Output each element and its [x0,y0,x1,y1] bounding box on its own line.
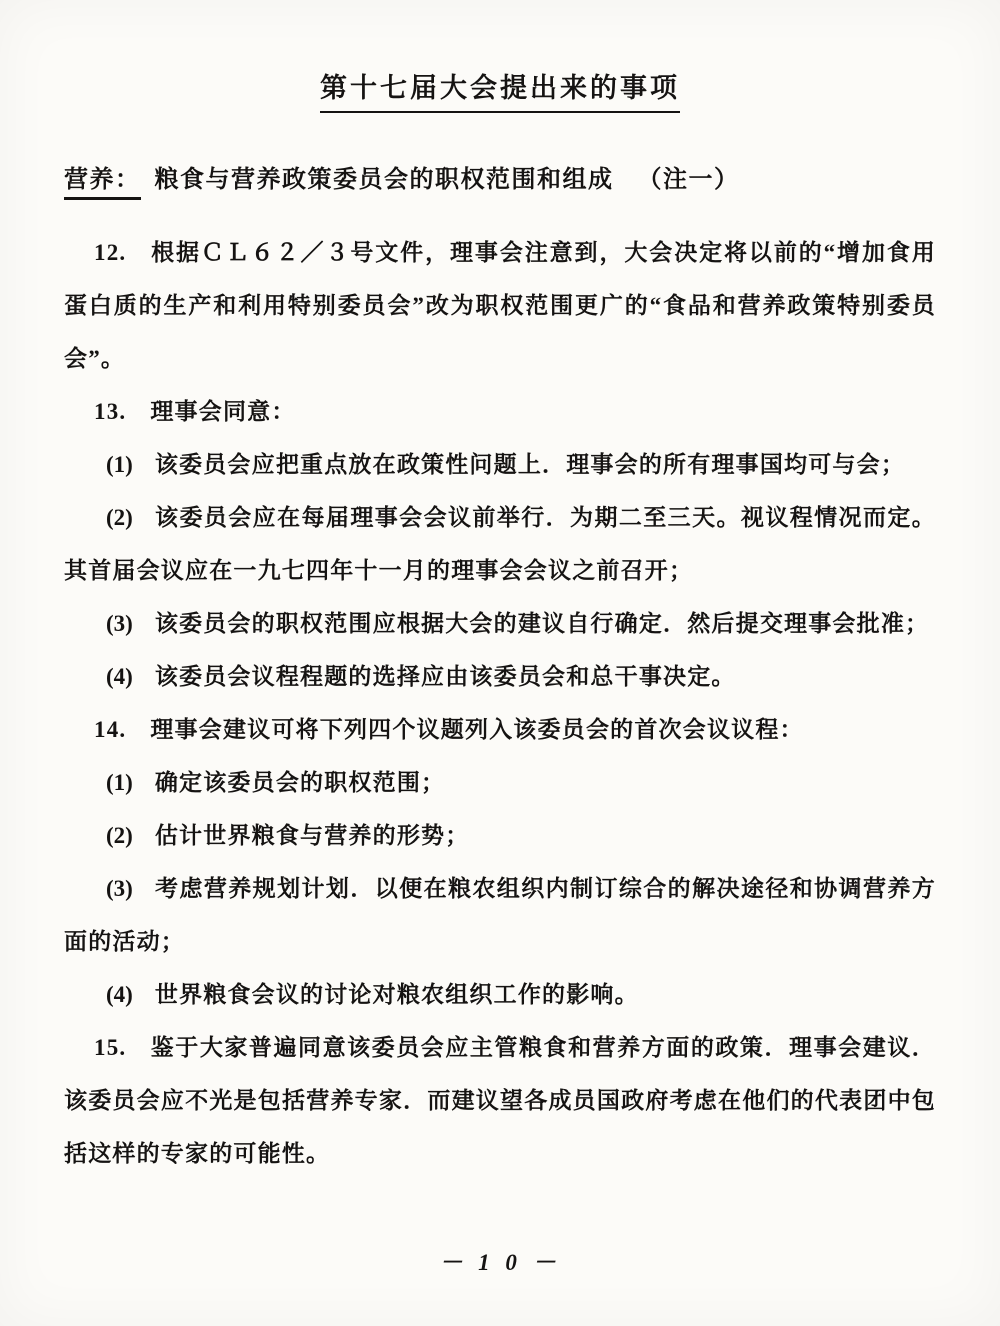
document-page: 第十七届大会提出来的事项 营养：粮食与营养政策委员会的职权范围和组成（注一） 1… [0,0,1000,1326]
list-item-text: 该委员会应把重点放在政策性问题上．理事会的所有理事国均可与会； [155,452,905,477]
subject-note: （注一） [638,167,740,193]
paragraph-12-text: 根据ＣＬ６２／３号文件，理事会注意到，大会决定将以前的“增加食用蛋白质的生产和利… [64,240,936,371]
list-item-14-1: (1)确定该委员会的职权范围； [64,756,936,809]
list-item-number: (4) [106,664,133,689]
paragraph-13: 13.理事会同意： [64,385,936,438]
list-item-14-3: (3)考虑营养规划计划．以便在粮农组织内制订综合的解决途径和协调营养方面的活动； [64,862,936,968]
list-item-text: 该委员会的职权范围应根据大会的建议自行确定．然后提交理事会批准； [155,611,929,636]
list-item-13-3: (3)该委员会的职权范围应根据大会的建议自行确定．然后提交理事会批准； [64,597,936,650]
paragraph-14-text: 理事会建议可将下列四个议题列入该委员会的首次会议议程： [150,717,803,742]
paragraph-12-number: 12. [94,240,126,265]
paragraph-15-number: 15. [94,1035,126,1060]
document-content: 第十七届大会提出来的事项 营养：粮食与营养政策委员会的职权范围和组成（注一） 1… [0,0,1000,1180]
page-title-text: 第十七届大会提出来的事项 [320,73,680,113]
subject-line: 营养：粮食与营养政策委员会的职权范围和组成（注一） [64,159,936,194]
paragraph-13-text: 理事会同意： [150,399,295,424]
paragraph-15: 15.鉴于大家普遍同意该委员会应主管粮食和营养方面的政策．理事会建议．该委员会应… [64,1021,936,1180]
list-item-number: (1) [106,770,133,795]
paragraph-13-number: 13. [94,399,126,424]
list-item-text: 该委员会议程程题的选择应由该委员会和总干事决定。 [155,664,736,689]
list-item-number: (2) [106,505,133,530]
paragraph-14-number: 14. [94,717,126,742]
list-item-number: (3) [106,876,133,901]
subject-title: 粮食与营养政策委员会的职权范围和组成 [155,167,614,193]
subject-label: 营养： [64,167,141,200]
paragraph-14: 14.理事会建议可将下列四个议题列入该委员会的首次会议议程： [64,703,936,756]
page-title: 第十七届大会提出来的事项 [64,66,936,105]
list-item-number: (4) [106,982,133,1007]
list-item-13-4: (4)该委员会议程程题的选择应由该委员会和总干事决定。 [64,650,936,703]
list-item-13-2: (2)该委员会应在每届理事会会议前举行．为期二至三天。视议程情况而定。其首届会议… [64,491,936,597]
list-item-text: 世界粮食会议的讨论对粮农组织工作的影响。 [155,982,639,1007]
paragraph-12: 12.根据ＣＬ６２／３号文件，理事会注意到，大会决定将以前的“增加食用蛋白质的生… [64,226,936,385]
paragraph-15-text: 鉴于大家普遍同意该委员会应主管粮食和营养方面的政策．理事会建议．该委员会应不光是… [64,1035,936,1166]
list-item-number: (1) [106,452,133,477]
list-item-number: (2) [106,823,133,848]
list-item-13-1: (1)该委员会应把重点放在政策性问题上．理事会的所有理事国均可与会； [64,438,936,491]
list-item-text: 考虑营养规划计划．以便在粮农组织内制订综合的解决途径和协调营养方面的活动； [64,876,936,954]
page-number: － 1 0 － [0,1244,1000,1277]
list-item-number: (3) [106,611,133,636]
list-item-14-4: (4)世界粮食会议的讨论对粮农组织工作的影响。 [64,968,936,1021]
list-item-text: 确定该委员会的职权范围； [155,770,445,795]
list-item-14-2: (2)估计世界粮食与营养的形势； [64,809,936,862]
list-item-text: 估计世界粮食与营养的形势； [155,823,470,848]
list-item-text: 该委员会应在每届理事会会议前举行．为期二至三天。视议程情况而定。其首届会议应在一… [64,505,936,583]
